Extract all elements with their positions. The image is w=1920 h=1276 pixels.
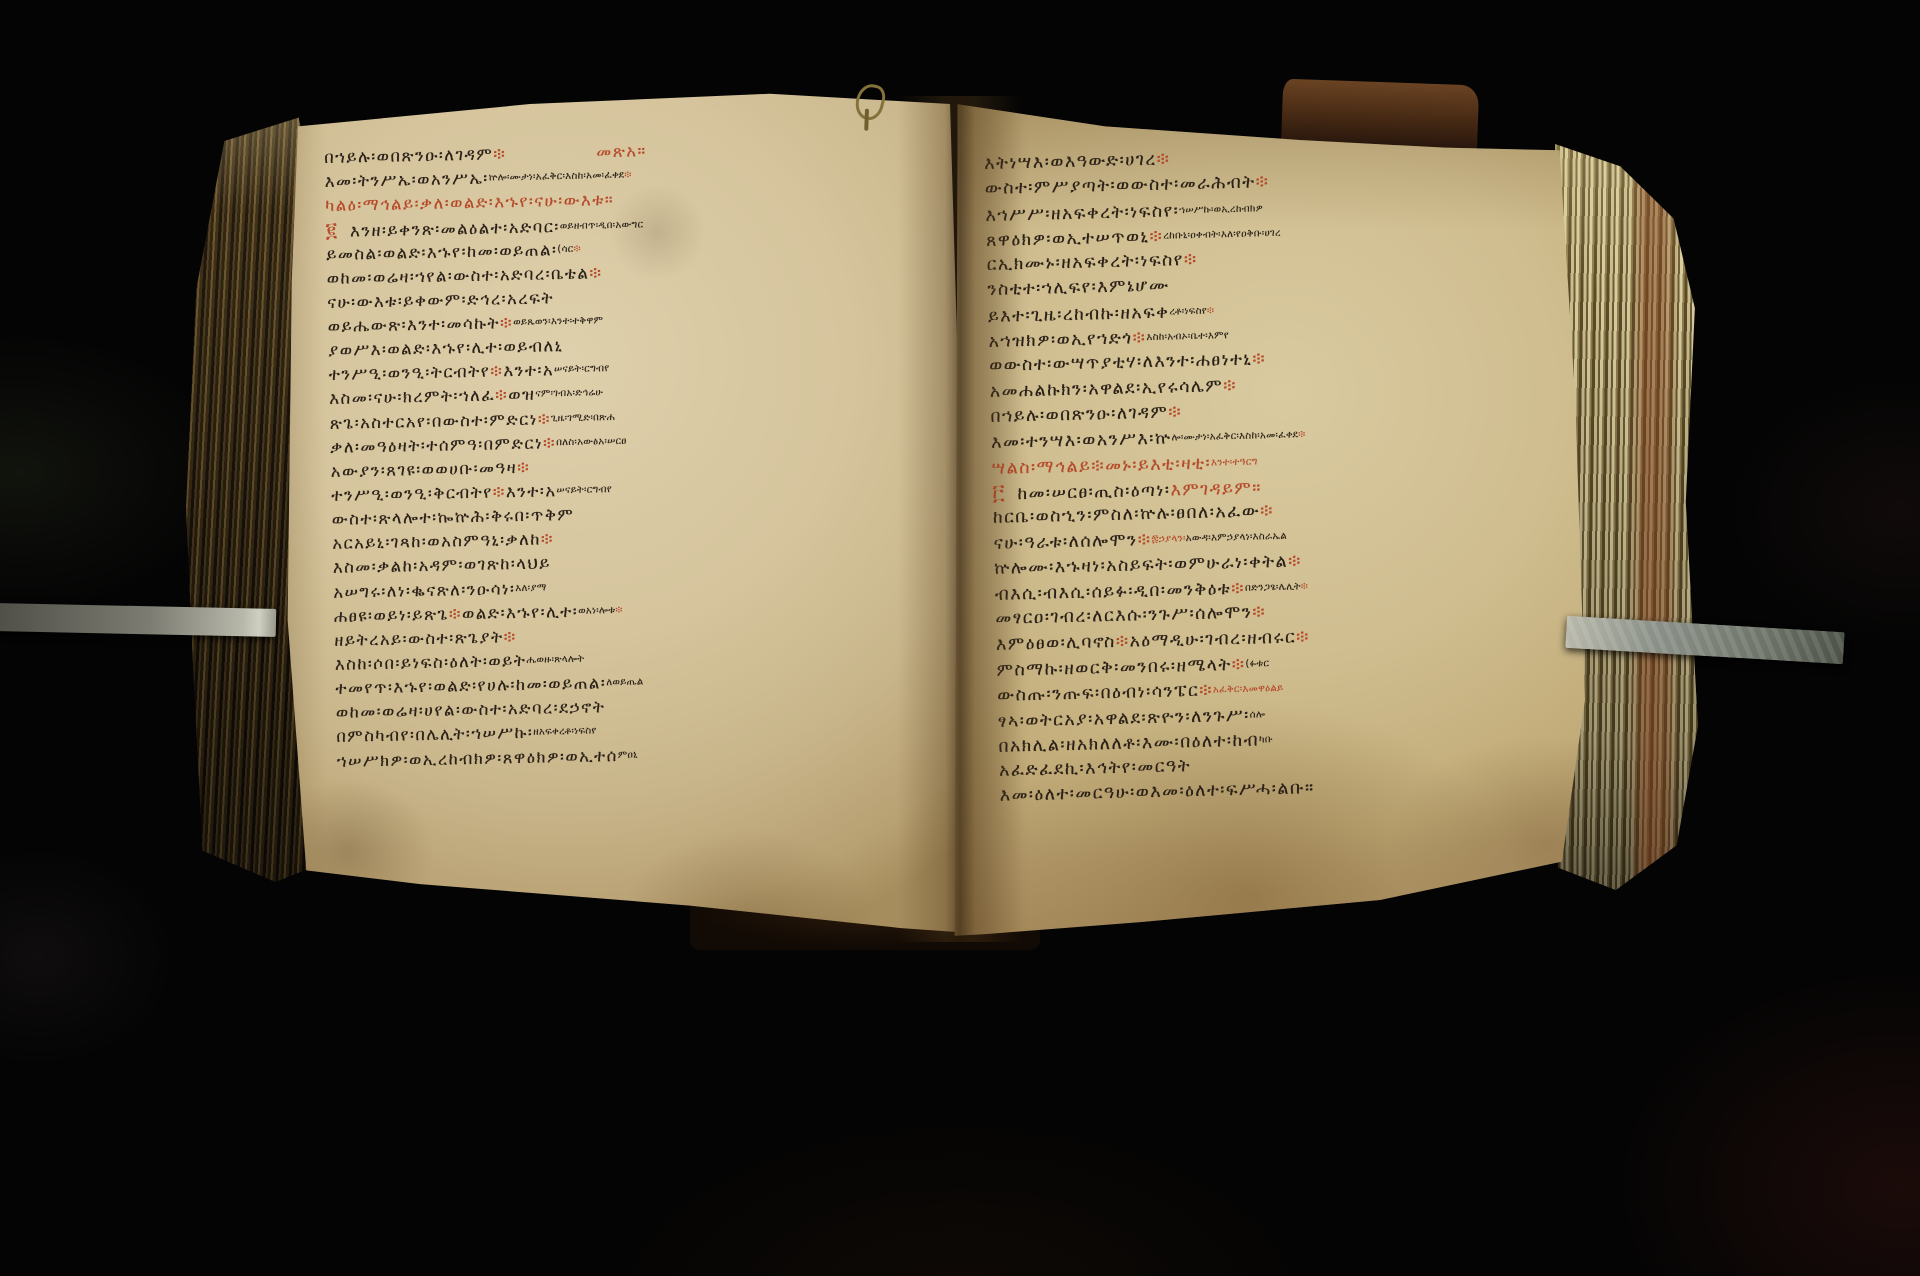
black-ink-text: ውስጡ፡ንጡፍ፡በዕብነ፡ሳንፔር	[997, 681, 1199, 706]
black-ink-text: ጸዋዕክዎ፡ወኢተሠጥወኒ	[986, 227, 1150, 251]
black-ink-text: ሠናይት፡ርግብየ	[554, 363, 610, 375]
red-ink-text: ፨	[490, 362, 503, 381]
black-ink-text: እኀሥሥ፡ዘአፍቀረት፡ነፍስየ፡	[985, 201, 1179, 226]
red-ink-text: ፨	[493, 482, 506, 501]
black-ink-text: በምስካብየ፡በሌሊት፡ኀሠሥኩ፡	[336, 723, 533, 746]
black-ink-text: ወከመ፡ወሬዛ፡ሀየል፡ውስተ፡አድባረ፡ደኃኖት	[336, 697, 606, 722]
black-ink-text: ።	[1305, 779, 1315, 799]
red-ink-text: እንተ፡ተዓርግ	[1211, 456, 1258, 468]
photo-of-open-manuscript: በኀይሉ፡ወበጽንዑ፡ለገዳም፨መጽአ።እመ፡ትንሥኤ፡ወአንሥኤ፡ኵሎ፡ሙታነ…	[0, 0, 1920, 1276]
black-ink-text: እለ፡ያማ	[515, 582, 547, 594]
black-ink-text: ውስተ፡ጽላሎተ፡ኰኵሕ፡ቅሩበ፡ጥቅም	[332, 505, 575, 529]
black-ink-text: አመሐልኩክን፡አዋልደ፡ኢየሩሳሌም	[990, 376, 1224, 402]
red-ink-text: ፨	[1116, 631, 1130, 651]
black-ink-text: ሰሎ	[1250, 709, 1266, 720]
black-ink-text: እመ፡ተንሣእ፡ወአንሥእ፡ኵ	[991, 429, 1172, 453]
black-ink-text: ካቡ	[1259, 734, 1273, 745]
black-ink-text: ቃለ፡መዓዕዛት፡ተሰምዓ፡በምድርነ	[330, 433, 543, 456]
red-ink-text: ሣልስ፡ማኅልይ፨መኑ፡ይእቲ፡ዛቲ፡	[991, 453, 1211, 478]
red-ink-text: ፨	[449, 604, 462, 623]
red-ink-text: ፨	[1223, 376, 1237, 396]
black-ink-text: እንተ፡አ	[503, 360, 554, 380]
black-ink-text: (ሳር	[557, 243, 573, 254]
black-ink-text: አውዳ፡እምኃያላነ፡እስራኤል	[1186, 531, 1287, 544]
red-ink-text: ፷ኃያላን፡	[1151, 534, 1186, 546]
red-ink-text: ፨	[1296, 627, 1310, 647]
bookmark-strip-left	[0, 603, 276, 637]
red-ink-text: ፨	[1137, 530, 1151, 550]
black-ink-text: በኀይሉ፡ወበጽንዑ፡ለገዳም	[990, 403, 1168, 427]
black-ink-text: ይእተ፡ጊዜ፡ረከብኩ፡ዘአፍቀ	[988, 302, 1170, 326]
black-ink-text: ንስቲተ፡ኀሊፍየ፡እምኔሆሙ	[987, 276, 1170, 300]
black-ink-text: ወይሔውጽ፡እንተ፡መሳኩት	[328, 313, 501, 336]
black-ink-text: ጽጌ፡አስተርአየ፡በውስተ፡ምድርነ	[330, 409, 538, 432]
black-ink-text: ምስማኩ፡ዘወርቅ፡መንበሩ፡ዘሜላት	[996, 655, 1232, 681]
black-ink-text: ኵሎሙ፡እኁዛነ፡አስይፍት፡ወምሁራነ፡ቀትል	[994, 551, 1288, 578]
red-ink-text: አፈቅር፡እመዋዕልይ	[1213, 683, 1284, 696]
black-ink-text: እንተ፡አ	[506, 481, 557, 501]
black-ink-text: ጊዜ፡ገሚድ፡በጽሐ	[551, 412, 615, 424]
red-ink-text: ፨	[538, 409, 551, 428]
black-ink-text: ሔወዙ፡ጽላሎት	[526, 654, 584, 666]
black-ink-text: እመ፡ዕለተ፡መርዓሁ፡ወእመ፡ዕለተ፡ፍሥሓ፡ልቡ	[1000, 779, 1306, 806]
black-ink-text: ከመ፡ሠርፀ፡ጢስ፡ዕጣነ፡	[1017, 480, 1170, 504]
black-ink-text: እስመ፡ናሁ፡ክረምት፡ኀለፈ	[329, 386, 495, 408]
red-ink-text: ፨	[573, 243, 581, 254]
black-ink-text: መፃርዐ፡ገብረ፡ለርእሱ፡ንጉሥ፡ሰሎሞን	[995, 603, 1253, 629]
red-ink-text: ፨	[1260, 501, 1274, 521]
left-page: በኀይሉ፡ወበጽንዑ፡ለገዳም፨መጽአ።እመ፡ትንሥኤ፡ወአንሥኤ፡ኵሎ፡ሙታነ…	[278, 86, 968, 946]
right-page-text: እትነሣእ፡ወእዓውድ፡ሀገረ፨ውስተ፡ምሥያጣት፡ወውስተ፡መራሕብት፨እኀሥ…	[984, 136, 1640, 809]
black-ink-text: ወውስተ፡ውሣጥያቲሃ፡ለእንተ፡ሐፀነተኒ	[989, 350, 1253, 376]
red-ink-text: ፨	[589, 263, 602, 282]
red-ink-text: ፨	[1252, 350, 1266, 370]
black-ink-text: ምዐኒ	[618, 749, 638, 760]
black-ink-text: ረቶ፡ነፍስየ	[1169, 305, 1207, 317]
red-ink-text: ፨	[1132, 328, 1146, 348]
chapter-number: ፪	[326, 218, 338, 242]
black-ink-text: ወዝ	[508, 385, 536, 405]
red-ink-text: ፨	[495, 386, 508, 405]
left-page-text: በኀይሉ፡ወበጽንዑ፡ለገዳም፨መጽአ።እመ፡ትንሥኤ፡ወአንሥኤ፡ኵሎ፡ሙታነ…	[324, 134, 917, 774]
black-ink-text: እስመ፡ቃልከ፡አዳም፡ወገጽከ፡ላህይ	[333, 554, 552, 578]
chapter-number: ፫	[992, 480, 1005, 505]
black-ink-text: ናሁ፡ዓራቱ፡ለሰሎሞን	[993, 531, 1138, 555]
black-ink-text: ኵሎ፡ሙታነ፡አፈቅር፡እስከ፡አመ፡ፈቀደ	[489, 170, 625, 184]
black-ink-text: ርኢክሙኑ፡ዘአፍቀረት፡ነፍስየ	[987, 250, 1185, 275]
red-ink-text: ፨	[1298, 429, 1306, 440]
black-ink-text: ተመየጥ፡እኁየ፡ወልድ፡የሀሉ፡ከመ፡ወይጠል፡	[335, 673, 606, 698]
red-ink-text: ፨	[541, 530, 554, 549]
black-ink-text: ወከመ፡ወሬዛ፡ኀየል፡ውስተ፡አድባረ፡ቤቴል	[327, 263, 590, 287]
black-ink-text: በድንጋፄ፡ሌሊት	[1245, 581, 1301, 593]
black-ink-text: ኀሠሥክዎ፡ወኢረከብክዎ፡ጸዋዕክዎ፡ወኢተሰ	[337, 745, 618, 770]
black-ink-text: አውያን፡ጸገዩ፡ወወሀቡ፡መዓዛ	[331, 458, 518, 481]
black-ink-text: አሠግሩ፡ለነ፡ቈናጽለ፡ንዑሳነ፡	[333, 579, 515, 602]
red-ink-text: ፨	[1199, 681, 1213, 701]
black-ink-text: ሐፀዩ፡ወይነ፡ይጽጌ	[334, 604, 449, 625]
red-ink-text: ፨	[1156, 149, 1170, 169]
black-ink-text: ሎ፡ሙታነ፡አፈቅር፡እስከ፡አመ፡ፈቀደ	[1171, 430, 1298, 444]
black-ink-text: እምዕፀወ፡ሊባኖስ	[996, 632, 1116, 655]
red-ink-text: ፨	[615, 605, 623, 616]
black-ink-text: ከርቤ፡ወስኂን፡ምስለ፡ኵሉ፡ፀበለ፡አፈው	[993, 502, 1261, 529]
red-ink-text: ፨	[1288, 551, 1302, 571]
black-ink-text: እትነሣእ፡ወእዓውድ፡ሀገረ	[984, 150, 1157, 174]
red-ink-text: ፨	[1301, 581, 1309, 592]
red-ink-text: ፨	[543, 433, 556, 452]
black-ink-text: አፈድፈደኪ፡እኅትየ፡መርዓት	[999, 756, 1191, 781]
red-ink-text: መጽአ።	[596, 141, 647, 161]
black-ink-text: ወአነ፡ሎቱ	[578, 605, 615, 617]
black-ink-text: ውስተ፡ምሥያጣት፡ወውስተ፡መራሕብት	[985, 173, 1256, 200]
red-ink-text: ፨	[493, 144, 506, 163]
black-ink-text: በለስ፡አውፅአ፡ሠርፀ	[556, 435, 627, 447]
black-ink-text: ረከቡኒ፡ዐቀብት፡እለ፡የዐቅቡ፡ሀገረ	[1163, 228, 1281, 242]
red-ink-text: ፨	[624, 170, 632, 181]
black-ink-text: በኀይሉ፡ወበጽንዑ፡ለገዳም	[324, 144, 493, 167]
black-ink-text: እመ፡ትንሥኤ፡ወአንሥኤ፡	[325, 169, 489, 191]
red-ink-text: እምገዳይም።	[1170, 478, 1262, 500]
red-ink-text: ፨	[1149, 227, 1163, 247]
black-ink-text: ዘይትረአይ፡ውስተ፡ጽጌያት	[334, 627, 504, 650]
red-ink-text: ፨	[1168, 402, 1182, 422]
black-ink-text: ተንሥዒ፡ወንዒ፡ቅርብትየ	[331, 483, 493, 505]
red-ink-text: ፨	[1207, 305, 1215, 316]
black-ink-text: እስከ፡አብኦ፡ቤተ፡እምየ	[1146, 330, 1229, 343]
red-ink-text: ፨	[1231, 579, 1245, 599]
black-ink-text: (ፉቱር	[1245, 658, 1269, 670]
black-ink-text: ናም፡ገብአ፡ድኅሬሁ	[535, 388, 603, 400]
red-ink-text: ፨	[517, 458, 530, 477]
red-ink-text: ፨	[1184, 250, 1198, 270]
red-ink-text: ፨	[1231, 655, 1245, 675]
red-ink-text: ፨	[500, 313, 513, 332]
black-ink-text: አዕማዲሁ፡ገብረ፡ዘብሩር	[1129, 627, 1296, 651]
black-ink-text: ወይጼወን፡እንተ፡ተቅዋም	[513, 315, 603, 328]
black-ink-text: አኀዝክዎ፡ወኢየኀድጎ	[988, 329, 1132, 353]
black-ink-text: ናሁ፡ውእቱ፡ይቀውም፡ድኅረ፡አረፍት	[327, 288, 554, 312]
black-ink-text: ያወሥእ፡ወልድ፡እኁየ፡ሊተ፡ወይብለኒ	[328, 336, 563, 360]
black-ink-text: ወይዘብጥ፡ዲበ፡አውግር	[560, 220, 644, 233]
black-ink-text: ይመስል፡ወልድ፡እኁየ፡ከመ፡ወይጠል፡	[326, 240, 558, 264]
black-ink-text: ሠናይት፡ርግብየ	[556, 484, 612, 496]
red-ink-text: ፨	[1255, 172, 1269, 192]
black-ink-text: ተንሥዒ፡ወንዒ፡ትርብትየ	[329, 362, 491, 384]
black-ink-text: ብእሲ፡ብእሲ፡ሰይፉ፡ዲበ፡መንቅዕቱ	[995, 579, 1232, 605]
red-ink-text: ፨	[1252, 603, 1266, 623]
black-ink-text: ዘአፍቀረቶ፡ነፍስየ	[533, 726, 597, 738]
red-ink-text: ፨	[503, 627, 516, 646]
black-ink-text: አርአይኒ፡ገጻከ፡ወአስምዓኒ፡ቃለከ	[332, 530, 541, 553]
black-ink-text: ኀሠሥኩ፡ወኢረከብክዎ	[1179, 203, 1263, 216]
red-ink-text: ካልዕ፡ማኅልይ፡ቃለ፡ወልድ፡እኁየ፡ናሁ፡ውእቱ።	[325, 190, 614, 215]
black-ink-text: ለወይጤል	[606, 677, 643, 689]
black-ink-text: እስከ፡ሶበ፡ይነፍስ፡ዕለት፡ወይት	[335, 651, 527, 674]
black-ink-text: ወልድ፡እኁየ፡ሊተ፡	[462, 601, 579, 622]
